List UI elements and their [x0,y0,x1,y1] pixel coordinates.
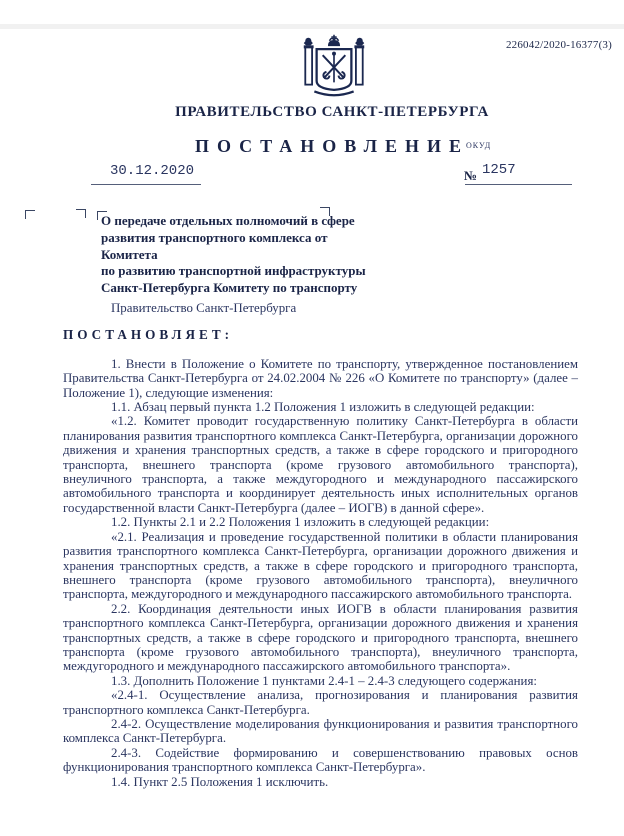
paragraph-1-4: 1.4. Пункт 2.5 Положения 1 исключить. [63,775,578,789]
saint-petersburg-coat-of-arms-icon [296,34,372,102]
document-type-title: ПОСТАНОВЛЕНИЕ [195,136,469,157]
organization-name: ПРАВИТЕЛЬСТВО САНКТ-ПЕТЕРБУРГА [0,104,624,121]
paragraph-2-4-1: «2.4-1. Осуществление анализа, прогнозир… [63,688,578,717]
scan-artifact-band [0,24,624,29]
document-number: 1257 [482,162,516,178]
paragraph-2-1-quote: «2.1. Реализация и проведение государств… [63,530,578,602]
number-underline [465,184,572,185]
date-underline [91,184,201,185]
document-page: 226042/2020-16377(3) [0,0,624,836]
document-subject: О передаче отдельных полномочий в сфере … [101,213,381,297]
corner-mark-icon [25,210,35,219]
paragraph-1-2: 1.2. Пункты 2.1 и 2.2 Положения 1 изложи… [63,515,578,529]
paragraph-2-4-3: 2.4-3. Содействие формированию и соверше… [63,746,578,775]
paragraph-1-3: 1.3. Дополнить Положение 1 пунктами 2.4-… [63,674,578,688]
paragraph-1-1: 1.1. Абзац первый пункта 1.2 Положения 1… [63,400,578,414]
document-date: 30.12.2020 [110,163,194,179]
resolves-heading: ПОСТАНОВЛЯЕТ: [63,328,578,342]
subject-line: по развитию транспортной инфраструктуры [101,263,381,280]
paragraph-1: 1. Внести в Положение о Комитете по тран… [63,357,578,400]
paragraph-1-2-quote: «1.2. Комитет проводит государственную п… [63,414,578,515]
registration-reference: 226042/2020-16377(3) [506,39,612,51]
document-type-row: ПОСТАНОВЛЕНИЕ [0,136,624,157]
subject-line: О передаче отдельных полномочий в сфере [101,213,381,230]
number-sign: № [464,168,477,184]
paragraph-2-2-quote: 2.2. Координация деятельности иных ИОГВ … [63,602,578,674]
corner-mark-icon [76,209,86,218]
subject-line: развития транспортного комплекса от Коми… [101,230,381,264]
okud-label: ОКУД [466,141,491,150]
paragraph-2-4-2: 2.4-2. Осуществление моделирования функц… [63,717,578,746]
preamble: Правительство Санкт-Петербурга [63,301,578,315]
document-body: Правительство Санкт-Петербурга ПОСТАНОВЛ… [63,301,578,789]
subject-line: Санкт-Петербурга Комитету по транспорту [101,280,381,297]
